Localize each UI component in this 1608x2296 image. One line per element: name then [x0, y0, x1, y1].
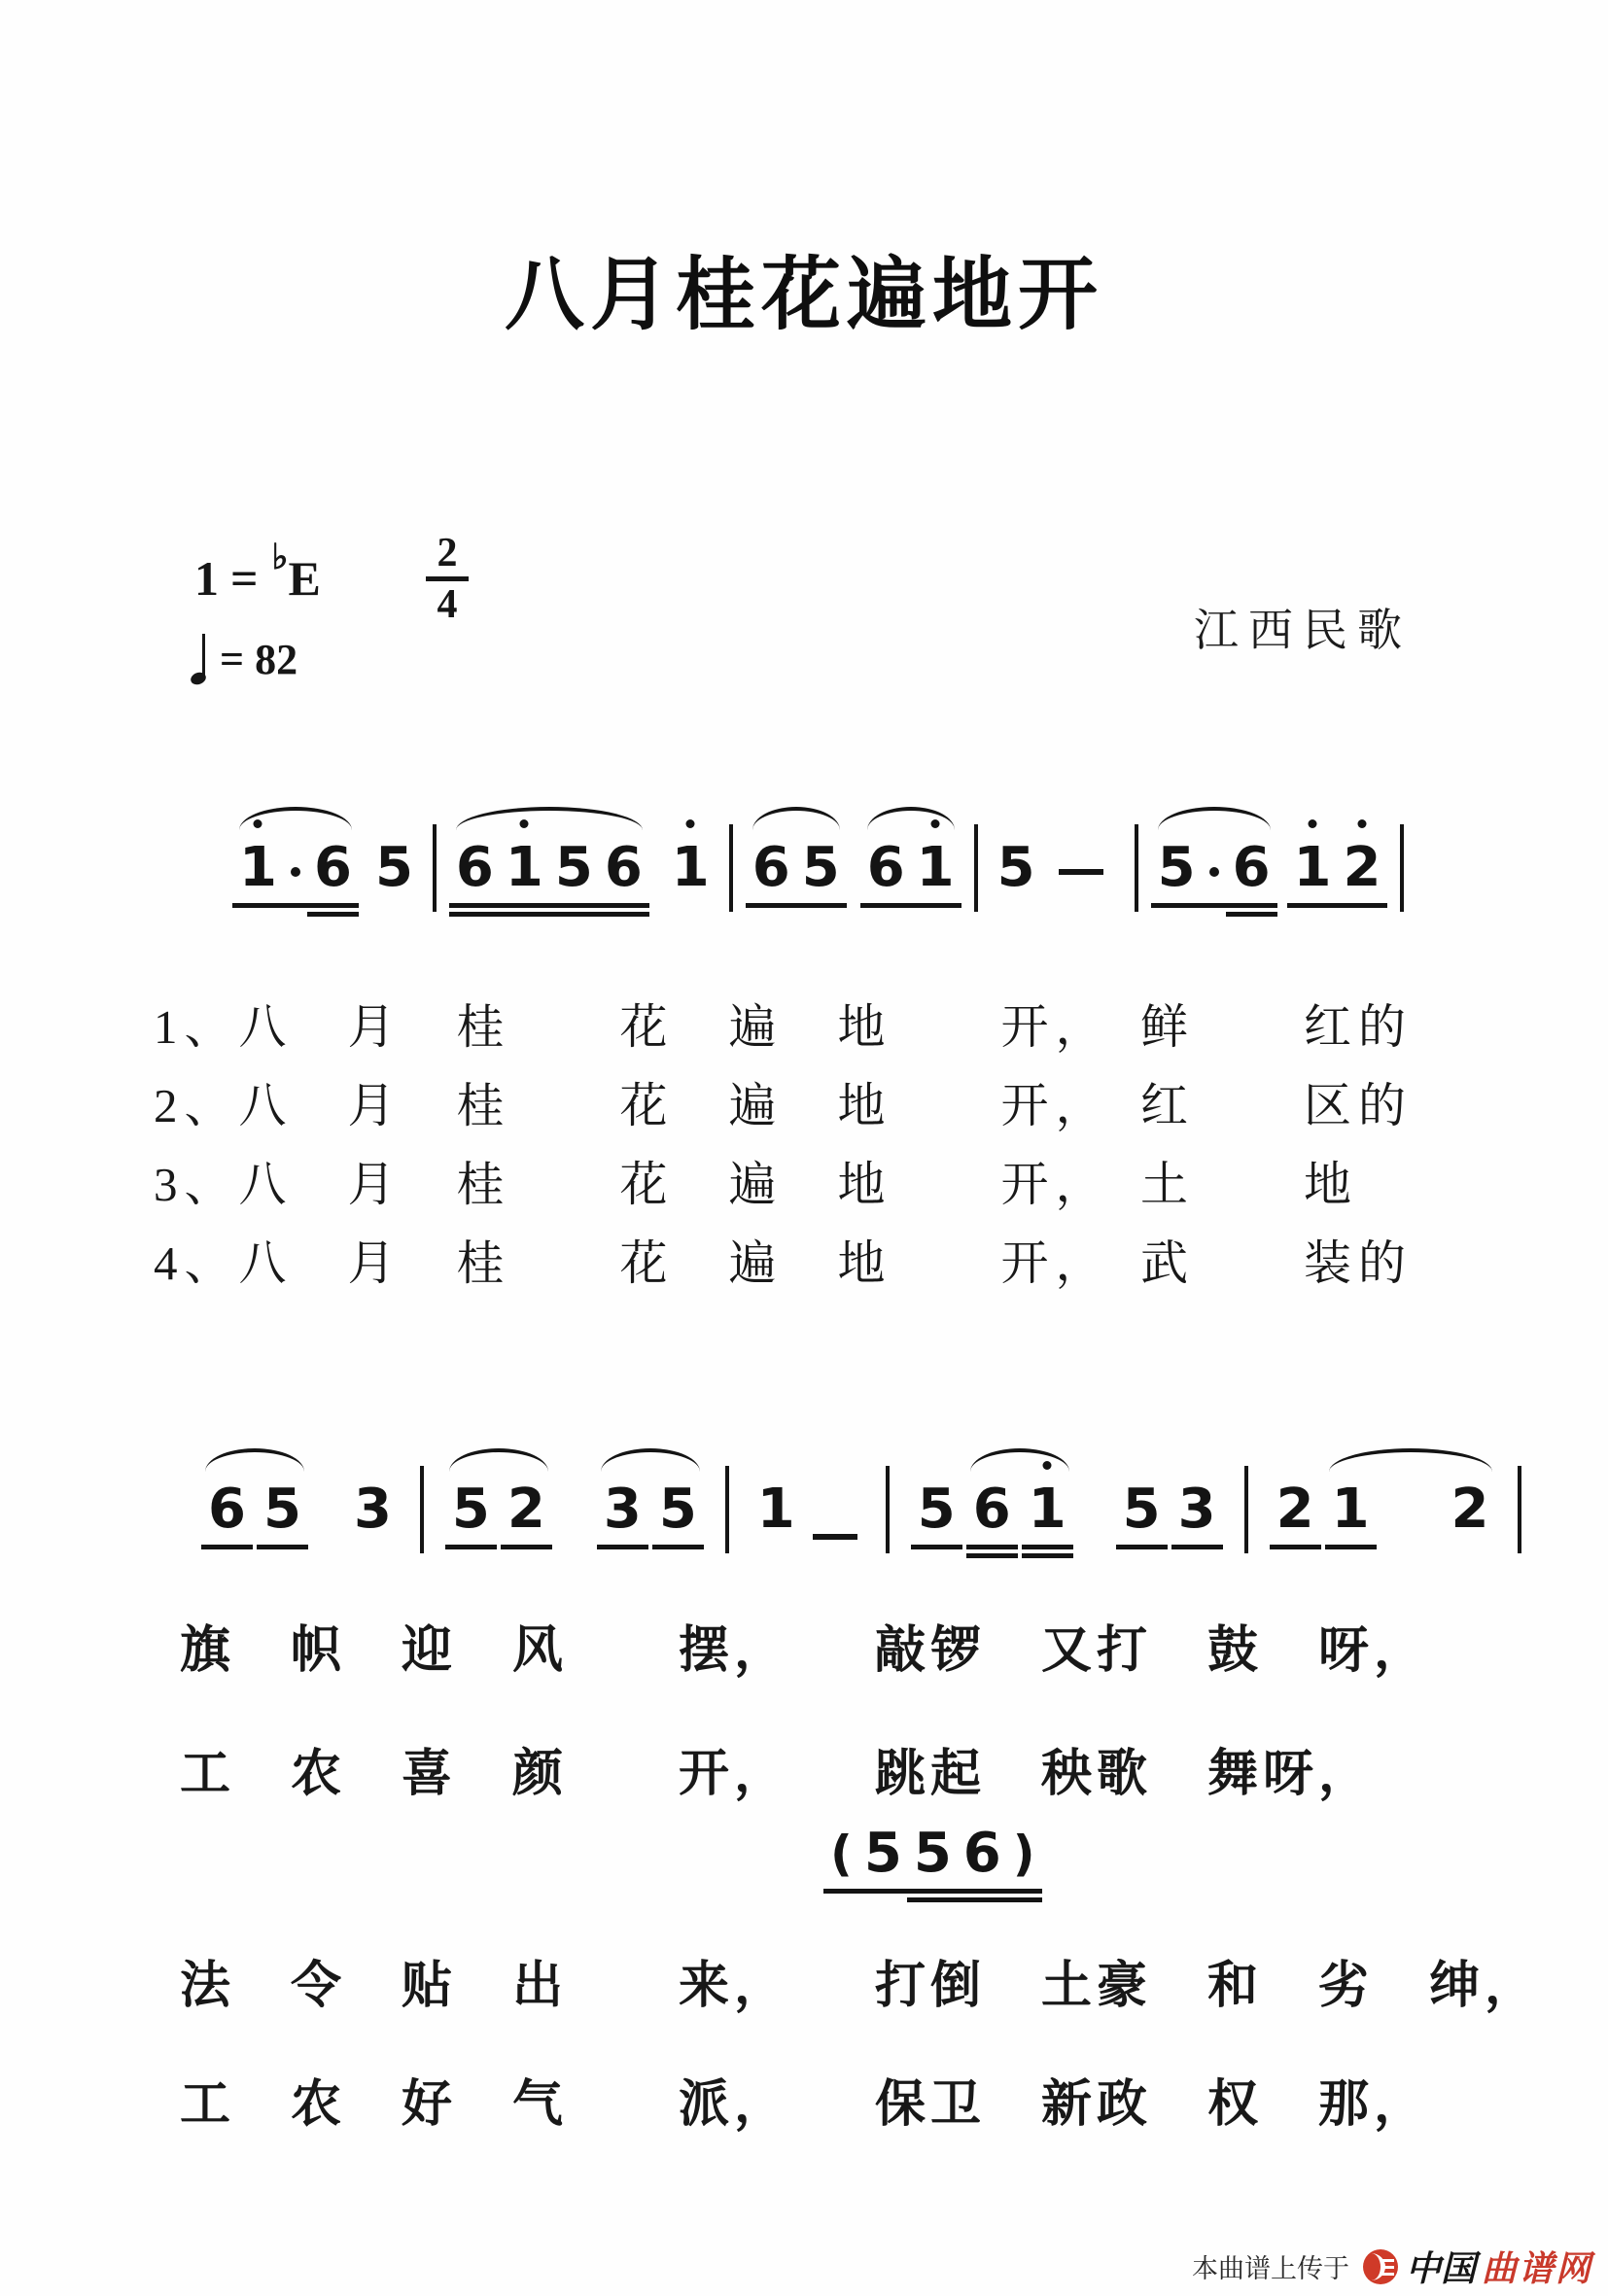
- slur-group: 65: [199, 1478, 310, 1540]
- spacer: [563, 1478, 586, 1540]
- jianpu-note: 6: [973, 1478, 1011, 1540]
- spacer: [648, 836, 666, 898]
- spacer: [846, 836, 861, 898]
- jianpu-note: 1: [757, 1478, 795, 1540]
- jianpu-note: 5: [914, 1822, 952, 1884]
- lyric-line-flags: 旗 帜 迎 风 摆， 敲锣 又打 鼓 呀，: [180, 1609, 1429, 1682]
- song-title: 八月桂花遍地开: [0, 231, 1608, 345]
- barline: [420, 1466, 424, 1553]
- key-scale-degree: 1: [194, 550, 219, 607]
- barline: [1244, 1466, 1248, 1553]
- song-origin: 江西民歌: [1194, 595, 1412, 659]
- verse-line-4: 4、八 月 桂 花 遍 地 开， 武 装的: [154, 1224, 1413, 1303]
- jianpu-note: 5: [452, 1478, 490, 1540]
- jianpu-note: 6: [605, 836, 643, 898]
- jianpu-note: 3: [1178, 1478, 1216, 1540]
- jianpu-note: 1: [1294, 836, 1332, 898]
- jianpu-note: 1: [1029, 1478, 1066, 1540]
- jianpu-note: 5: [375, 836, 413, 898]
- jianpu-note: 2: [1344, 836, 1381, 898]
- brand-name-site: 曲谱网: [1482, 2242, 1592, 2291]
- time-denominator: 4: [437, 584, 458, 625]
- music-line-2: 6535235156153212: [199, 1466, 1541, 1540]
- jianpu-note: 1: [672, 836, 710, 898]
- jianpu-note: 5: [659, 1478, 697, 1540]
- jianpu-note: 5: [997, 836, 1035, 898]
- footer: 本曲谱上传于 中国 曲谱网: [1192, 2242, 1592, 2291]
- key-signature: 1 = ♭ E: [194, 550, 321, 607]
- jianpu-note: 2: [507, 1478, 545, 1540]
- barline: [729, 824, 733, 912]
- jianpu-note: 6: [456, 836, 494, 898]
- verse-line-2: 2、八 月 桂 花 遍 地 开， 红 区的: [154, 1066, 1413, 1145]
- jianpu-note: 5: [555, 836, 593, 898]
- brand-name-cn: 中国: [1406, 2242, 1476, 2291]
- jianpu-note: 5: [864, 1822, 902, 1884]
- lyric-line-workers-joy: 工 农 喜 颜 开， 跳起 秧歌 舞呀，: [180, 1732, 1374, 1805]
- jianpu-note: 6: [1233, 836, 1271, 898]
- key-equals: =: [230, 550, 259, 607]
- lyric-line-workers-style: 工 农 好 气 派， 保卫 新政 权 那，: [180, 2063, 1429, 2136]
- jianpu-note: 2: [1451, 1478, 1489, 1540]
- spacer: [1276, 836, 1288, 898]
- close-paren: ): [1013, 1822, 1035, 1884]
- slur-group: 56: [1152, 836, 1276, 898]
- jianpu-note: 3: [354, 1478, 392, 1540]
- jianpu-note: 6: [208, 1478, 246, 1540]
- spacer: [358, 836, 369, 898]
- quarter-note-icon: [191, 634, 206, 684]
- jianpu-note: 1: [239, 836, 277, 898]
- slur-group: 61: [861, 836, 961, 898]
- half-note-dash: [1059, 869, 1103, 875]
- barline: [974, 824, 978, 912]
- key-note: E: [288, 550, 320, 607]
- dotted-rhythm-dot: [289, 836, 302, 898]
- slur-group: 65: [747, 836, 846, 898]
- jianpu-note: 5: [1123, 1478, 1161, 1540]
- sheet-music-page: 八月桂花遍地开 1 = ♭ E 2 4 = 82 江西民歌 1656156165…: [0, 0, 1608, 2296]
- tempo-marking: = 82: [191, 634, 297, 684]
- barline: [886, 1466, 890, 1553]
- verse-line-1: 1、八 月 桂 花 遍 地 开， 鲜 红的: [154, 988, 1413, 1066]
- jianpu-note: 1: [1332, 1478, 1370, 1540]
- music-insert-556: (556): [824, 1822, 1041, 1884]
- dotted-rhythm-dot: [1207, 836, 1221, 898]
- jianpu-note: 6: [867, 836, 905, 898]
- barline: [1135, 824, 1138, 912]
- slur-group: 12: [1323, 1478, 1498, 1540]
- tempo-value: = 82: [220, 635, 297, 684]
- jianpu-note: 6: [752, 836, 790, 898]
- slur-group: 52: [443, 1478, 554, 1540]
- jianpu-note: 5: [1158, 836, 1196, 898]
- barline: [1400, 824, 1404, 912]
- slur-group: 6156: [450, 836, 648, 898]
- spacer: [1084, 1478, 1105, 1540]
- spacer: [319, 1478, 336, 1540]
- fraction-bar: [426, 576, 469, 581]
- jianpu-note: 1: [917, 836, 955, 898]
- spacer: [1387, 1478, 1434, 1540]
- barline: [1518, 1466, 1521, 1553]
- half-note-dash: [813, 1534, 857, 1540]
- music-line-1: 16561561656155612: [233, 824, 1417, 898]
- jianpu-note: 1: [506, 836, 543, 898]
- jianpu-note: 5: [263, 1478, 301, 1540]
- verse-lyrics: 1、八 月 桂 花 遍 地 开， 鲜 红的 2、八 月 桂 花 遍 地 开， 红…: [154, 988, 1413, 1303]
- verse-line-3: 3、八 月 桂 花 遍 地 开， 土 地: [154, 1145, 1413, 1224]
- flat-sign-icon: ♭: [272, 537, 289, 577]
- lyric-line-decrees: 法 令 贴 出 来， 打倒 土豪 和 劣 绅，: [180, 1944, 1540, 2017]
- barline: [433, 824, 437, 912]
- jianpu-note: 2: [1276, 1478, 1314, 1540]
- time-numerator: 2: [437, 533, 458, 574]
- upload-credit-text: 本曲谱上传于: [1192, 2247, 1349, 2285]
- jianpu-note: 3: [604, 1478, 642, 1540]
- barline: [725, 1466, 729, 1553]
- site-logo-icon: [1363, 2249, 1398, 2284]
- open-paren: (: [830, 1822, 853, 1884]
- time-signature: 2 4: [426, 533, 469, 625]
- slur-group: 16: [233, 836, 358, 898]
- jianpu-note: 6: [963, 1822, 1001, 1884]
- jianpu-note: 6: [314, 836, 352, 898]
- slur-group: 61: [964, 1478, 1075, 1540]
- slur-group: 35: [595, 1478, 706, 1540]
- jianpu-note: 5: [918, 1478, 956, 1540]
- jianpu-note: 5: [802, 836, 840, 898]
